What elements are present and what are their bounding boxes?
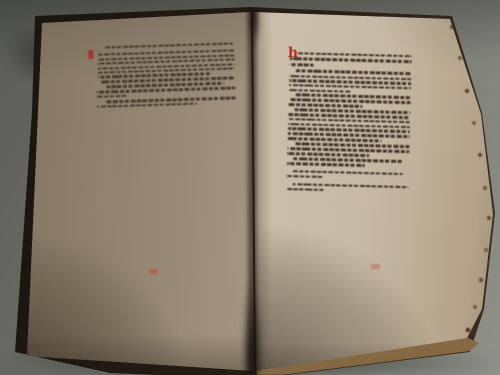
text-line (97, 103, 197, 109)
text-line (298, 52, 412, 57)
text-line (290, 63, 314, 66)
text-line (288, 137, 382, 142)
text-line (290, 57, 412, 63)
text-line (287, 175, 323, 178)
right-page-textblock: h (284, 49, 422, 198)
text-line (286, 188, 324, 191)
book-photograph: h (0, 0, 500, 375)
right-page-number-mark (371, 264, 380, 269)
left-page-number-mark (149, 269, 158, 274)
text-line (105, 97, 236, 104)
text-line (97, 95, 127, 98)
text-line (292, 183, 408, 188)
text-line (287, 162, 365, 166)
red-initial-left (88, 50, 93, 59)
gutter-shadow-bottom (241, 278, 263, 374)
text-line (105, 42, 233, 48)
text-line (287, 152, 369, 157)
gutter-shadow-top (247, 10, 261, 46)
text-line (289, 103, 363, 107)
text-line (295, 69, 411, 74)
left-page-textblock (88, 39, 240, 114)
text-line (289, 89, 351, 93)
